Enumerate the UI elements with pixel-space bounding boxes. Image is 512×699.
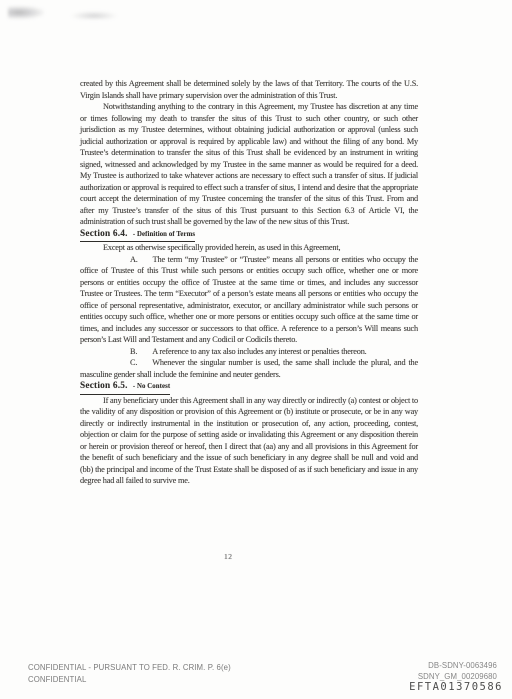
footer-bates-block: DB-SDNY-0063496 SDNY_GM_00209680: [418, 660, 497, 682]
footer-confidential-block: CONFIDENTIAL - PURSUANT TO FED. R. CRIM.…: [28, 662, 231, 685]
definition-item-b-text: A reference to any tax also includes any…: [152, 347, 366, 356]
definition-item-c: C.Whenever the singular number is used, …: [80, 357, 418, 380]
scan-artifact-smudge: [8, 6, 44, 19]
section-6-4-heading-underline: Section 6.4. - Definition of Terms: [80, 228, 195, 243]
definition-item-b-label: B.: [130, 347, 137, 356]
section-6-4-heading: Section 6.4. - Definition of Terms: [80, 228, 418, 243]
scanned-document-page: created by this Agreement shall be deter…: [0, 0, 512, 699]
section-6-5-heading-underline: Section 6.5. - No Contest: [80, 380, 170, 395]
footer-confidential-line-1: CONFIDENTIAL - PURSUANT TO FED. R. CRIM.…: [28, 662, 231, 674]
paragraph-situs-transfer: Notwithstanding anything to the contrary…: [80, 101, 418, 228]
definition-item-b: B.A reference to any tax also includes a…: [80, 346, 418, 358]
definition-item-a-text: The term “my Trustee” or “Trustee” means…: [80, 255, 418, 345]
section-6-4-number: Section 6.4.: [80, 229, 128, 239]
bates-number-db-sdny: DB-SDNY-0063496: [418, 660, 497, 671]
section-6-5-number: Section 6.5.: [80, 381, 128, 391]
paragraph-territory-law: created by this Agreement shall be deter…: [80, 78, 418, 101]
footer-confidential-line-2: CONFIDENTIAL: [28, 674, 231, 686]
section-6-4-intro: Except as otherwise specifically provide…: [80, 242, 418, 254]
document-body: created by this Agreement shall be deter…: [80, 0, 418, 487]
definition-item-c-label: C.: [130, 358, 137, 367]
page-number: 12: [224, 552, 233, 561]
definition-item-a-label: A.: [130, 255, 138, 264]
section-6-4-title: - Definition of Terms: [133, 231, 195, 238]
section-6-5-body: If any beneficiary under this Agreement …: [80, 395, 418, 487]
definition-item-a: A.The term “my Trustee” or “Trustee” mea…: [80, 254, 418, 346]
bates-stamp-efta: EFTA01370586: [409, 681, 503, 693]
section-6-5-heading: Section 6.5. - No Contest: [80, 380, 418, 395]
section-6-5-title: - No Contest: [133, 383, 170, 390]
